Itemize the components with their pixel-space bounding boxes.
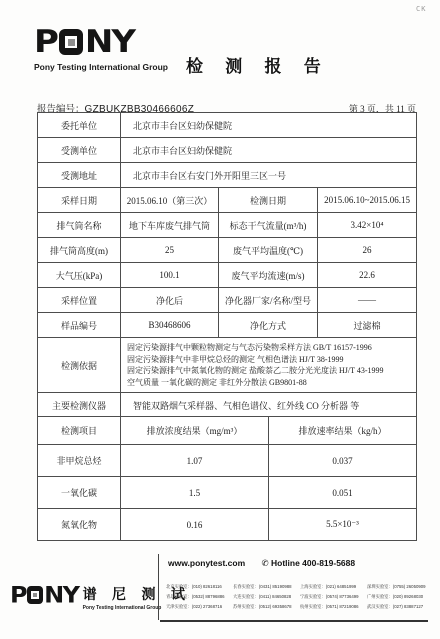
row-label: 废气平均温度(℃)	[219, 238, 318, 263]
lab-contact: 大连实验室：(0411) 84650828	[233, 594, 299, 600]
result-rate: 5.5×10⁻³	[269, 509, 417, 541]
logo-letters-ny: NY	[85, 28, 134, 56]
result-rate: 0.051	[269, 477, 417, 509]
logo-caption: Pony Testing International Group	[34, 62, 168, 72]
row-label: 采样位置	[38, 288, 121, 313]
footer-divider	[158, 554, 159, 620]
lab-contact: 上海实验室：(021) 64851999	[300, 584, 366, 590]
table-row: 大气压(kPa) 100.1 废气平均流速(m/s) 22.6	[38, 263, 417, 288]
row-value: 22.6	[318, 263, 417, 288]
row-label: 标态干气流量(m³/h)	[219, 213, 318, 238]
row-value: 2015.06.10（第三次）	[121, 188, 219, 213]
row-label: 受测单位	[38, 138, 121, 163]
phone-icon: ✆	[262, 558, 269, 568]
lab-contact: 苏州实验室：(0512) 69358678	[233, 604, 299, 610]
table-row: 采样日期 2015.06.10（第三次） 检测日期 2015.06.10~201…	[38, 188, 417, 213]
row-label: 大气压(kPa)	[38, 263, 121, 288]
row-label: 净化方式	[219, 313, 318, 338]
row-value: 100.1	[121, 263, 219, 288]
result-conc: 0.16	[121, 509, 269, 541]
results-header-rate: 排放速率结果（kg/h）	[269, 417, 417, 445]
logo-letter-p: P	[34, 28, 57, 56]
result-conc: 1.5	[121, 477, 269, 509]
basis-line: 固定污染源排气中颗粒物测定与气态污染物采样方法 GB/T 16157-1996	[127, 342, 410, 354]
table-row: 委托单位 北京市丰台区妇幼保健院	[38, 113, 417, 138]
table-row: 采样位置 净化后 净化器厂家/名称/型号 ——	[38, 288, 417, 313]
hotline-number: Hotline 400-819-5688	[271, 558, 355, 568]
row-value: 3.42×10⁴	[318, 213, 417, 238]
lab-contact: 杭州实验室：(0571) 87219086	[300, 604, 366, 610]
hotline: ✆ Hotline 400-819-5688	[262, 558, 356, 568]
row-label: 受测地址	[38, 163, 121, 188]
table-row: 受测单位 北京市丰台区妇幼保健院	[38, 138, 417, 163]
footer-logo-wordmark: P NY	[10, 584, 79, 606]
row-value: 26	[318, 238, 417, 263]
logo-o-icon	[59, 29, 83, 55]
row-value: 25	[121, 238, 219, 263]
row-label: 排气筒名称	[38, 213, 121, 238]
lab-contact: 深圳实验室：(0755) 26050909	[367, 584, 433, 590]
row-value: 净化后	[121, 288, 219, 313]
row-value: 北京市丰台区右安门外开阳里三区一号	[121, 163, 417, 188]
scanned-test-report-page: { "page": { "corner_mark": "CK" }, "head…	[0, 0, 440, 639]
result-rate: 0.037	[269, 445, 417, 477]
results-header-row: 检测项目 排放浓度结果（mg/m³） 排放速率结果（kg/h）	[38, 417, 417, 445]
row-label: 检测依据	[38, 338, 121, 393]
row-label: 检测日期	[219, 188, 318, 213]
row-value: 地下车库废气排气筒	[121, 213, 219, 238]
footer: P NY 谱 尼 测 试 Pony Testing International …	[0, 552, 440, 639]
result-item: 氮氧化物	[38, 509, 121, 541]
table-row: 排气筒名称 地下车库废气排气筒 标态干气流量(m³/h) 3.42×10⁴	[38, 213, 417, 238]
row-label: 排气筒高度(m)	[38, 238, 121, 263]
basis-line: 空气质量 一氧化碳的测定 非红外分散法 GB9801-88	[127, 377, 410, 389]
results-header-conc: 排放浓度结果（mg/m³）	[121, 417, 269, 445]
corner-mark: CK	[416, 5, 426, 13]
row-label: 净化器厂家/名称/型号	[219, 288, 318, 313]
footer-logo-letters-ny: NY	[44, 585, 78, 605]
row-label: 废气平均流速(m/s)	[219, 263, 318, 288]
row-label: 采样日期	[38, 188, 121, 213]
table-row: 受测地址 北京市丰台区右安门外开阳里三区一号	[38, 163, 417, 188]
lab-contact: 长春实验室：(0431) 85190988	[233, 584, 299, 590]
footer-pony-logo: P NY 谱 尼 测 试 Pony Testing International …	[10, 584, 191, 611]
table-row: 排气筒高度(m) 25 废气平均温度(℃) 26	[38, 238, 417, 263]
pony-logo-wordmark: P NY	[34, 26, 168, 58]
report-info-table: 委托单位 北京市丰台区妇幼保健院 受测单位 北京市丰台区妇幼保健院 受测地址 北…	[37, 112, 417, 418]
website-link[interactable]: www.ponytest.com	[168, 558, 245, 568]
row-value: 北京市丰台区妇幼保健院	[121, 138, 417, 163]
table-row: 主要检测仪器 智能双路烟气采样器、气相色谱仪、红外线 CO 分析器 等	[38, 393, 417, 418]
table-row: 样品编号 B30468606 净化方式 过滤棉	[38, 313, 417, 338]
footer-contact-header: www.ponytest.com ✆ Hotline 400-819-5688	[168, 558, 355, 569]
lab-contact: 北京实验室：(010) 82618116	[166, 584, 232, 590]
results-table: 检测项目 排放浓度结果（mg/m³） 排放速率结果（kg/h） 非甲烷总烃 1.…	[37, 416, 417, 541]
results-row: 非甲烷总烃 1.07 0.037	[38, 445, 417, 477]
footer-logo-o-icon	[27, 586, 43, 604]
row-value: B30468606	[121, 313, 219, 338]
row-value: 过滤棉	[318, 313, 417, 338]
results-header-item: 检测项目	[38, 417, 121, 445]
lab-contact: 天津实验室：(022) 27368716	[166, 604, 232, 610]
basis-line: 固定污染源排气中氮氧化物的测定 盐酸萘乙二胺分光光度法 HJ/T 43-1999	[127, 365, 410, 377]
result-item: 一氧化碳	[38, 477, 121, 509]
table-row-basis: 检测依据 固定污染源排气中颗粒物测定与气态污染物采样方法 GB/T 16157-…	[38, 338, 417, 393]
footer-logo-letter-p: P	[10, 585, 26, 605]
lab-contact: 青岛实验室：(0532) 88796886	[166, 594, 232, 600]
row-value: 2015.06.10~2015.06.15	[318, 188, 417, 213]
row-label: 主要检测仪器	[38, 393, 121, 418]
row-value: 北京市丰台区妇幼保健院	[121, 113, 417, 138]
page-title: 检 测 报 告	[186, 52, 330, 77]
lab-contact: 广州实验室：(020) 89268030	[367, 594, 433, 600]
pony-logo: P NY Pony Testing International Group	[34, 26, 168, 72]
row-label: 委托单位	[38, 113, 121, 138]
row-value: ——	[318, 288, 417, 313]
lab-contact: 武汉实验室：(027) 83887127	[367, 604, 433, 610]
basis-lines: 固定污染源排气中颗粒物测定与气态污染物采样方法 GB/T 16157-1996 …	[121, 338, 417, 393]
basis-line: 固定污染源排气中非甲烷总烃的测定 气相色谱法 HJ/T 38-1999	[127, 354, 410, 366]
footer-rule	[160, 620, 428, 622]
lab-contact-grid: 北京实验室：(010) 82618116 长春实验室：(0431) 851909…	[166, 584, 432, 610]
results-row: 一氧化碳 1.5 0.051	[38, 477, 417, 509]
results-row: 氮氧化物 0.16 5.5×10⁻³	[38, 509, 417, 541]
result-conc: 1.07	[121, 445, 269, 477]
result-item: 非甲烷总烃	[38, 445, 121, 477]
row-value: 智能双路烟气采样器、气相色谱仪、红外线 CO 分析器 等	[121, 393, 417, 418]
row-label: 样品编号	[38, 313, 121, 338]
lab-contact: 宁波实验室：(0574) 87736499	[300, 594, 366, 600]
